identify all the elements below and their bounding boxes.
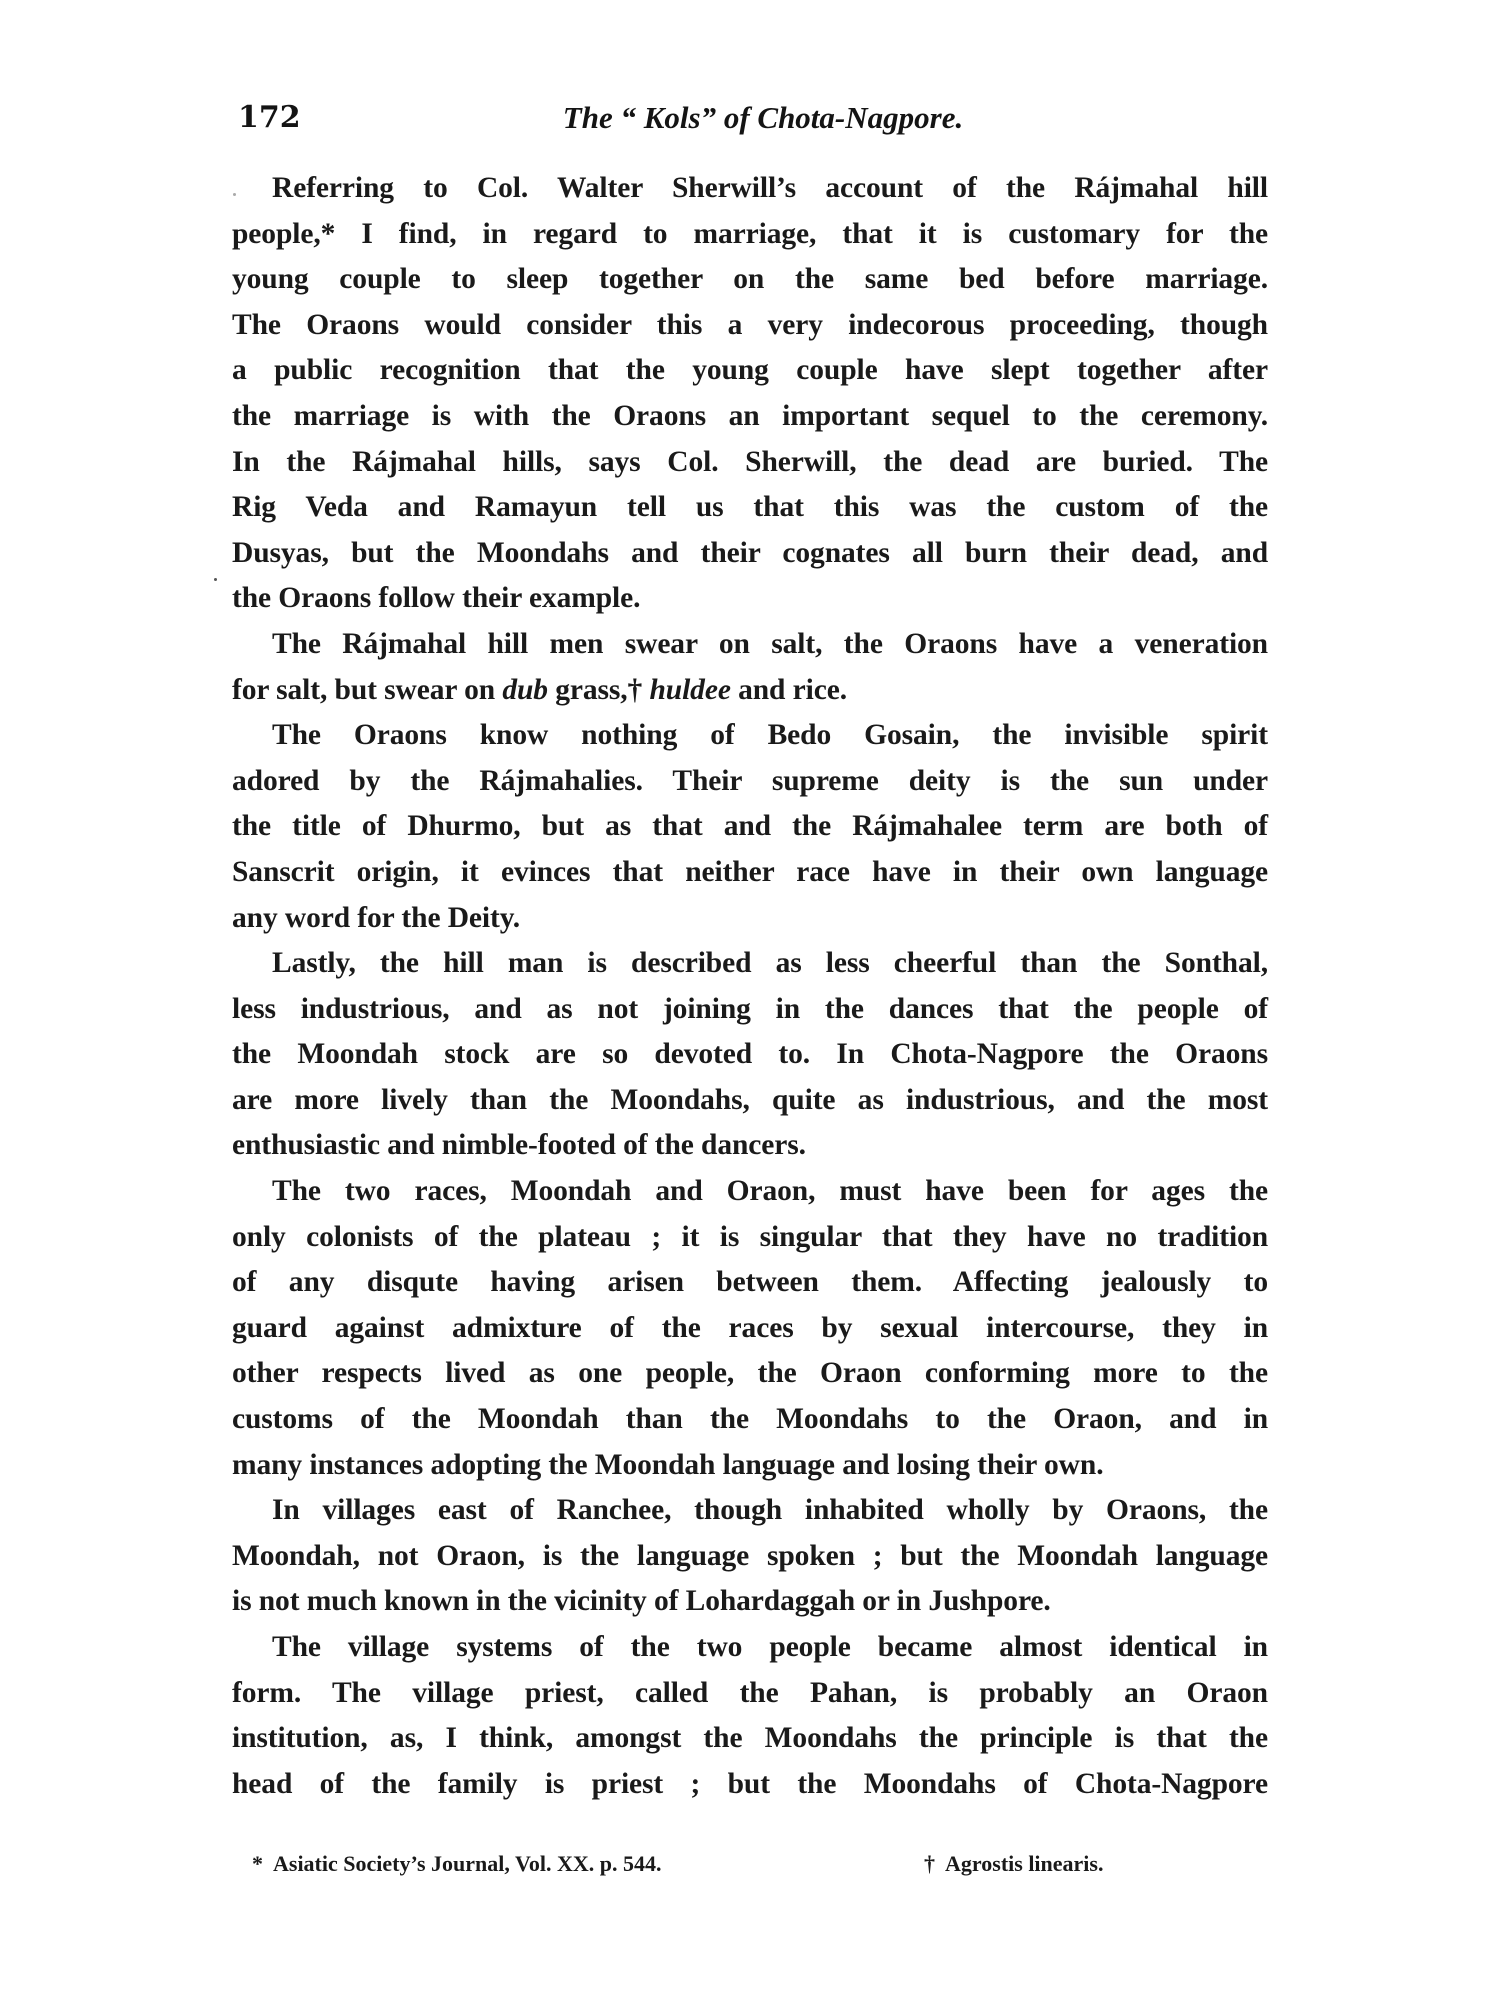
text-line: adored by the Rájmahalies. Their supreme… [232,759,1268,805]
page-header: 172 The “ Kols” of Chota-Nagpore. [232,96,1268,140]
text-run: grass,† [548,674,650,706]
text-line: enthusiastic and nimble-footed of the da… [232,1123,1268,1169]
footnote-text: Agrostis linearis. [945,1851,1103,1876]
text-line: less industrious, and as not joining in … [232,987,1268,1033]
text-line: customs of the Moondah than the Moondahs… [232,1397,1268,1443]
text-line: Referring to Col. Walter Sherwill’s acco… [232,166,1268,212]
text-line: The Rájmahal hill men swear on salt, the… [232,622,1268,668]
italic-term-dub: dub [502,674,548,706]
text-line: people,* I find, in regard to marriage, … [232,212,1268,258]
text-line: of any disqute having arisen between the… [232,1260,1268,1306]
book-page: 172 The “ Kols” of Chota-Nagpore. Referr… [0,0,1500,2000]
text-line: In the Rájmahal hills, says Col. Sherwil… [232,440,1268,486]
body-text: Referring to Col. Walter Sherwill’s acco… [232,166,1268,1807]
text-line: guard against admixture of the races by … [232,1306,1268,1352]
footnote-mark: * [252,1851,263,1876]
paragraph: The Rájmahal hill men swear on salt, the… [232,622,1268,713]
paragraph: Lastly, the hill man is described as les… [232,941,1268,1169]
footnote-text: Asiatic Society’s Journal, Vol. XX. p. 5… [273,1851,661,1876]
text-line: only colonists of the plateau ; it is si… [232,1215,1268,1261]
scan-speck [233,193,236,196]
text-line: the Moondah stock are so devoted to. In … [232,1032,1268,1078]
text-line: The two races, Moondah and Oraon, must h… [232,1169,1268,1215]
text-line: In villages east of Ranchee, though inha… [232,1488,1268,1534]
text-line: any word for the Deity. [232,896,1268,942]
text-line: Lastly, the hill man is described as les… [232,941,1268,987]
text-run: for salt, but swear on [232,674,502,706]
text-line: form. The village priest, called the Pah… [232,1671,1268,1717]
text-line: institution, as, I think, amongst the Mo… [232,1716,1268,1762]
text-line: are more lively than the Moondahs, quite… [232,1078,1268,1124]
running-head: The “ Kols” of Chota-Nagpore. [232,96,1268,140]
footnotes: *Asiatic Society’s Journal, Vol. XX. p. … [252,1844,1252,1884]
text-line: is not much known in the vicinity of Loh… [232,1579,1268,1625]
text-line: The village systems of the two people be… [232,1625,1268,1671]
italic-term-huldee: huldee [649,674,730,706]
text-line: Rig Veda and Ramayun tell us that this w… [232,485,1268,531]
text-line: a public recognition that the young coup… [232,348,1268,394]
scan-speck [214,578,217,581]
text-line: Sanscrit origin, it evinces that neither… [232,850,1268,896]
text-line: The Oraons know nothing of Bedo Gosain, … [232,713,1268,759]
paragraph: In villages east of Ranchee, though inha… [232,1488,1268,1625]
text-line: Dusyas, but the Moondahs and their cogna… [232,531,1268,577]
paragraph: The two races, Moondah and Oraon, must h… [232,1169,1268,1488]
paragraph: The village systems of the two people be… [232,1625,1268,1807]
paragraph: Referring to Col. Walter Sherwill’s acco… [232,166,1268,622]
text-run: and rice. [731,674,847,706]
text-line: the Oraons follow their example. [232,576,1268,622]
text-line: young couple to sleep together on the sa… [232,257,1268,303]
footnote-asterisk: *Asiatic Society’s Journal, Vol. XX. p. … [252,1844,661,1884]
footnote-mark: † [924,1851,935,1876]
text-line: the title of Dhurmo, but as that and the… [232,804,1268,850]
paragraph: The Oraons know nothing of Bedo Gosain, … [232,713,1268,941]
text-line: for salt, but swear on dub grass,† hulde… [232,668,1268,714]
text-line: head of the family is priest ; but the M… [232,1762,1268,1808]
text-line: The Oraons would consider this a very in… [232,303,1268,349]
footnote-dagger: †Agrostis linearis. [924,1844,1103,1884]
text-line: Moondah, not Oraon, is the language spok… [232,1534,1268,1580]
text-line: many instances adopting the Moondah lang… [232,1443,1268,1489]
text-line: the marriage is with the Oraons an impor… [232,394,1268,440]
text-line: other respects lived as one people, the … [232,1351,1268,1397]
